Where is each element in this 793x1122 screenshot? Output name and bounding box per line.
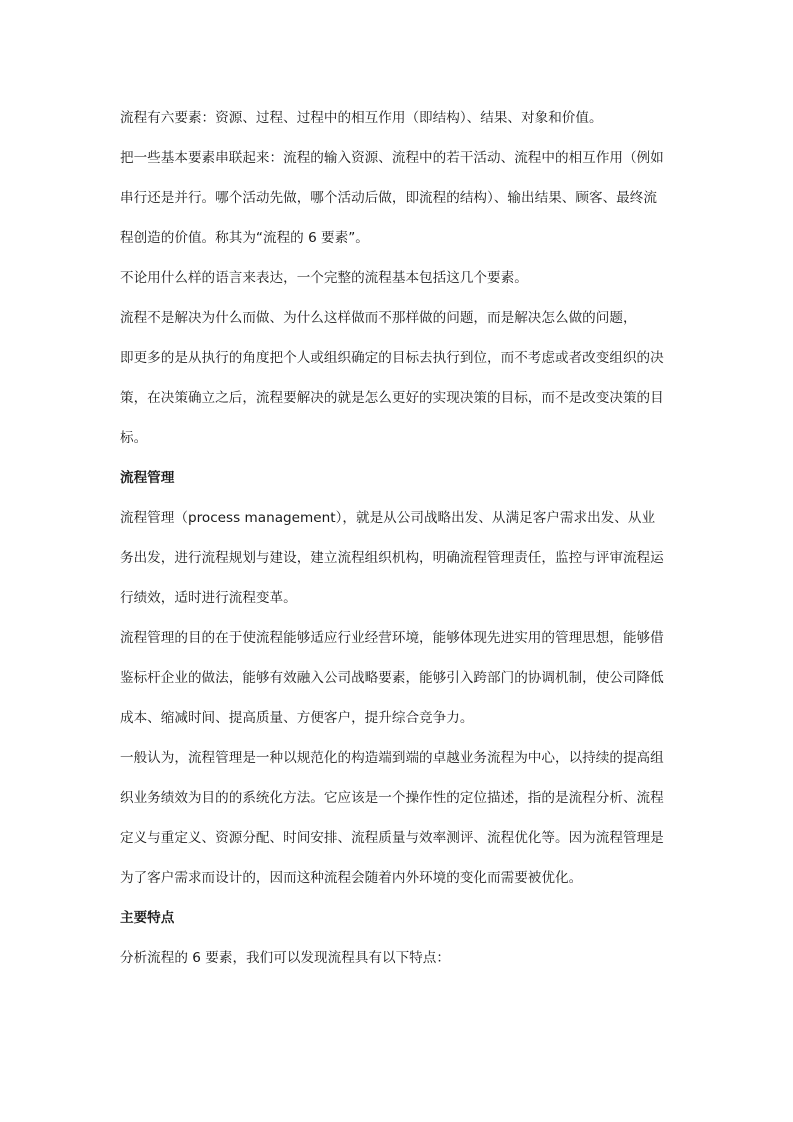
text-line: 鉴标杆企业的做法，能够有效融入公司战略要素，能够引入跨部门的协调机制，使公司降低 xyxy=(120,664,676,704)
text-line: 为了客户需求而设计的，因而这种流程会随着内外环境的变化而需要被优化。 xyxy=(120,864,676,904)
text-line: 标。 xyxy=(120,424,676,464)
paragraph-definition: 流程管理（process management），就是从公司战略出发、从满足客户… xyxy=(120,504,676,624)
section-heading: 流程管理 xyxy=(120,464,676,504)
text-line: 流程管理（process management），就是从公司战略出发、从满足客户… xyxy=(120,504,676,544)
text-line: 不论用什么样的语言来表达，一个完整的流程基本包括这几个要素。 xyxy=(120,264,676,304)
heading-process-management: 流程管理 xyxy=(120,464,676,504)
text-line: 流程管理的目的在于使流程能够适应行业经营环境，能够体现先进实用的管理思想，能够借 xyxy=(120,624,676,664)
section-heading: 主要特点 xyxy=(120,904,676,944)
paragraph-six-elements: 流程有六要素：资源、过程、过程中的相互作用（即结构）、结果、对象和价值。 xyxy=(120,104,676,144)
text-line: 串行还是并行。哪个活动先做，哪个活动后做，即流程的结构）、输出结果、顾客、最终流 xyxy=(120,184,676,224)
text-line: 一般认为，流程管理是一种以规范化的构造端到端的卓越业务流程为中心，以持续的提高组 xyxy=(120,744,676,784)
document-page: 流程有六要素：资源、过程、过程中的相互作用（即结构）、结果、对象和价值。 把一些… xyxy=(120,104,676,984)
heading-main-features: 主要特点 xyxy=(120,904,676,944)
text-line: 把一些基本要素串联起来：流程的输入资源、流程中的若干活动、流程中的相互作用（例如 xyxy=(120,144,676,184)
paragraph-language: 不论用什么样的语言来表达，一个完整的流程基本包括这几个要素。 xyxy=(120,264,676,304)
paragraph-general: 一般认为，流程管理是一种以规范化的构造端到端的卓越业务流程为中心，以持续的提高组… xyxy=(120,744,676,904)
paragraph-execution: 即更多的是从执行的角度把个人或组织确定的目标去执行到位，而不考虑或者改变组织的决… xyxy=(120,344,676,464)
text-line: 流程有六要素：资源、过程、过程中的相互作用（即结构）、结果、对象和价值。 xyxy=(120,104,676,144)
paragraph-features-intro: 分析流程的 6 要素，我们可以发现流程具有以下特点： xyxy=(120,944,676,984)
text-line: 程创造的价值。称其为“流程的 6 要素”。 xyxy=(120,224,676,264)
paragraph-linking-elements: 把一些基本要素串联起来：流程的输入资源、流程中的若干活动、流程中的相互作用（例如… xyxy=(120,144,676,264)
text-line: 流程不是解决为什么而做、为什么这样做而不那样做的问题，而是解决怎么做的问题， xyxy=(120,304,676,344)
text-line: 策，在决策确立之后，流程要解决的就是怎么更好的实现决策的目标，而不是改变决策的目 xyxy=(120,384,676,424)
paragraph-not-why: 流程不是解决为什么而做、为什么这样做而不那样做的问题，而是解决怎么做的问题， xyxy=(120,304,676,344)
text-line: 即更多的是从执行的角度把个人或组织确定的目标去执行到位，而不考虑或者改变组织的决 xyxy=(120,344,676,384)
paragraph-purpose: 流程管理的目的在于使流程能够适应行业经营环境，能够体现先进实用的管理思想，能够借… xyxy=(120,624,676,744)
text-line: 行绩效，适时进行流程变革。 xyxy=(120,584,676,624)
text-line: 分析流程的 6 要素，我们可以发现流程具有以下特点： xyxy=(120,944,676,984)
text-line: 定义与重定义、资源分配、时间安排、流程质量与效率测评、流程优化等。因为流程管理是 xyxy=(120,824,676,864)
text-line: 成本、缩减时间、提高质量、方便客户，提升综合竞争力。 xyxy=(120,704,676,744)
text-line: 织业务绩效为目的的系统化方法。它应该是一个操作性的定位描述，指的是流程分析、流程 xyxy=(120,784,676,824)
text-line: 务出发，进行流程规划与建设，建立流程组织机构，明确流程管理责任，监控与评审流程运 xyxy=(120,544,676,584)
